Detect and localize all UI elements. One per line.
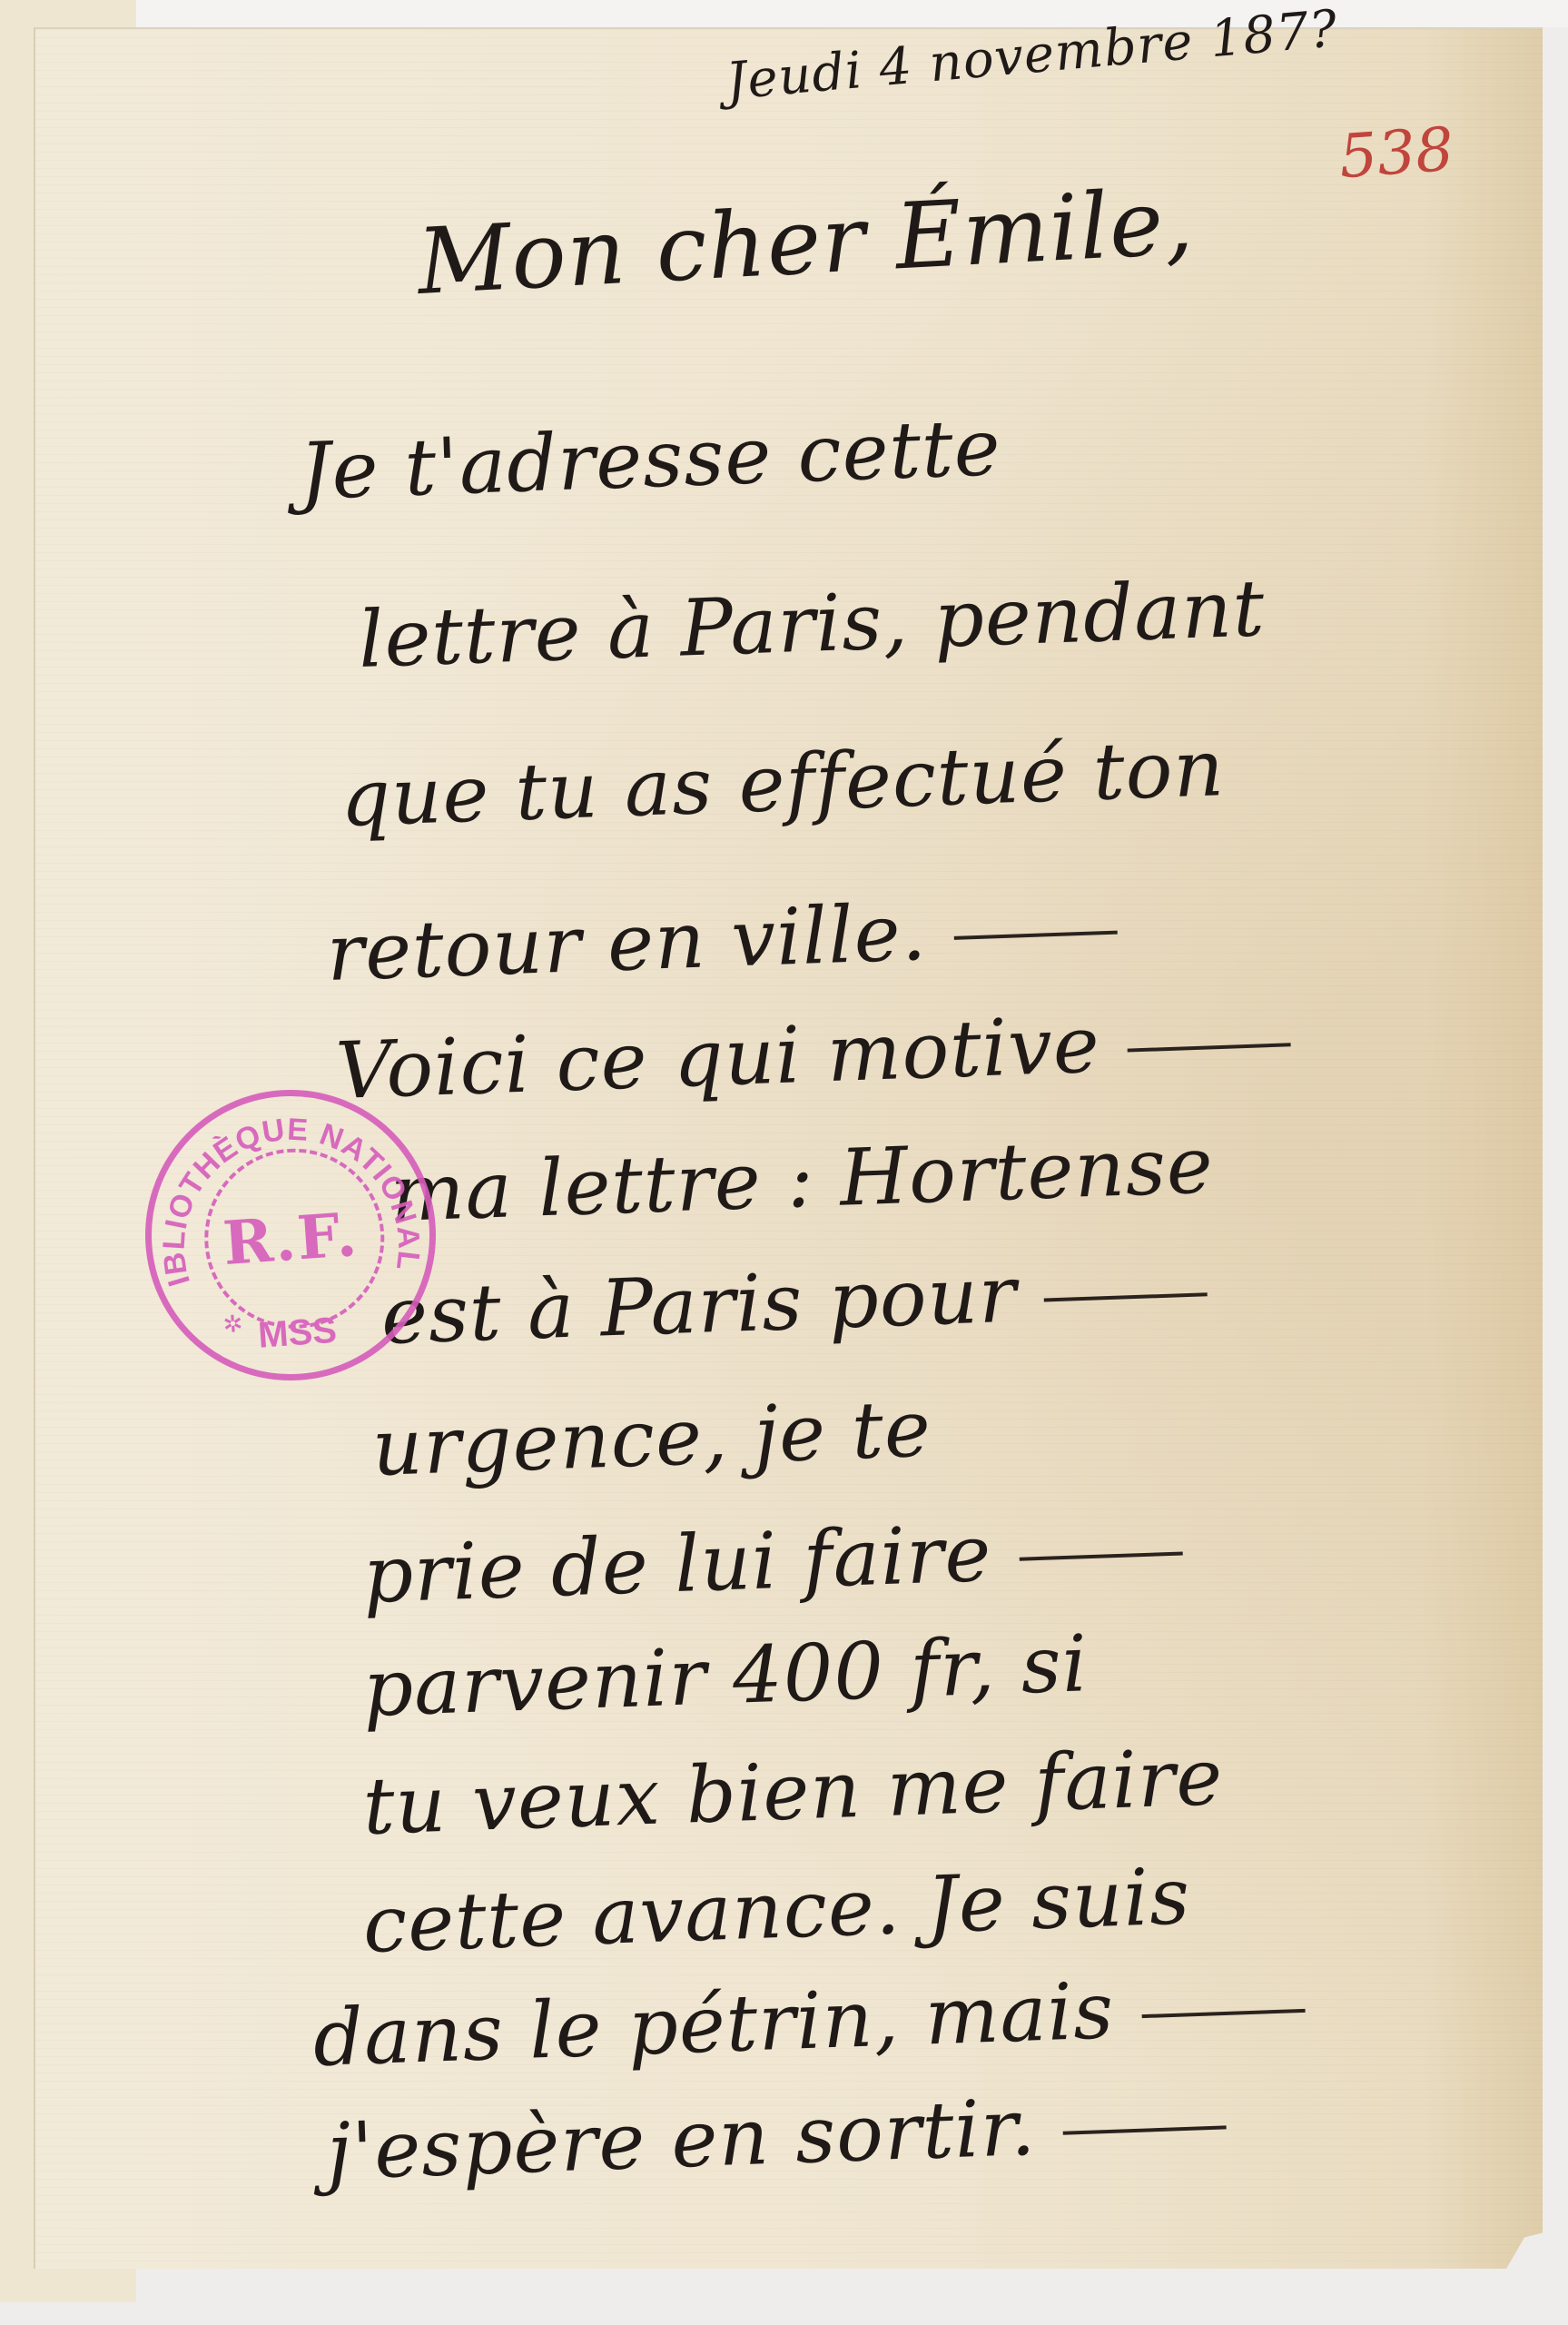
line-dash — [1044, 1292, 1208, 1301]
line-dash — [1128, 1043, 1291, 1052]
scan-canvas: Jeudi 4 novembre 187? 538 Mon cher Émile… — [0, 0, 1568, 2325]
library-stamp: BIBLIOTHÈQUE NATIONALE R.F. ✲ MSS — [135, 1080, 446, 1390]
line-dash — [1141, 2008, 1305, 2017]
mount-background — [136, 0, 1568, 27]
line-dash — [954, 930, 1118, 939]
folio-number: 538 — [1336, 114, 1455, 193]
line-dash — [1063, 2125, 1227, 2134]
line-dash — [1019, 1551, 1182, 1560]
